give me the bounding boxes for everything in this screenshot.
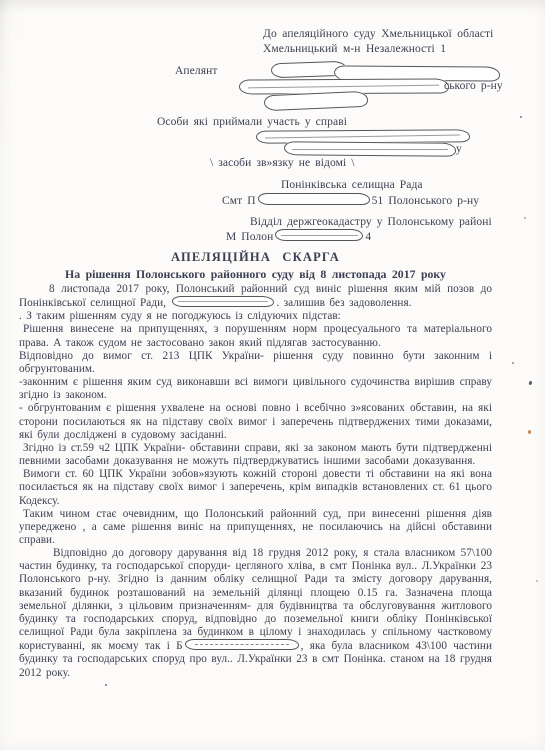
council-address-prefix: Смт П: [222, 195, 256, 207]
body-paragraph: Відповідно до вимог ст. 213 ЦПК України-…: [19, 350, 492, 376]
scan-speck: [105, 684, 107, 686]
scan-speck: [524, 217, 526, 219]
body-paragraph: Згідно із ст.59 ч2 ЦПК України- обставин…: [19, 442, 492, 468]
body-paragraph: Таким чином стає очевидним, що Полонськи…: [19, 508, 492, 547]
council-address-suffix: 51 Полонського р-ну: [372, 195, 479, 207]
body-paragraph: 8 листопада 2017 року, Полонський районн…: [19, 283, 492, 310]
body-paragraph: . З таким рішенням суду я не погоджуюсь …: [19, 310, 492, 323]
geocadastre-address-row: М Полон4: [226, 229, 371, 243]
scan-speck: [536, 580, 538, 582]
appellant-address-fragment: ського р-ну: [444, 80, 503, 92]
participant-address-fragment: у: [456, 143, 462, 155]
participants-label: Особи які приймали участь у справі: [157, 116, 347, 128]
body-paragraph: - обгрунтованим є рішення ухвалене на ос…: [19, 402, 492, 441]
body-paragraph: Вимоги ст. 60 ЦПК України зобов»язують к…: [19, 468, 492, 507]
council-address-row: Смт П51 Полонського р-ну: [222, 193, 479, 207]
geocadastre-address-suffix: 4: [365, 231, 371, 243]
body-paragraph: Відповідно до договору дарування від 18 …: [19, 547, 492, 680]
court-address-block: До апеляційного суду Хмельницької област…: [263, 27, 493, 57]
court-address-line1: До апеляційного суду Хмельницької област…: [263, 27, 493, 42]
scanned-appeal-document: До апеляційного суду Хмельницької област…: [0, 0, 545, 750]
geocadastre-address-prefix: М Полон: [226, 231, 273, 243]
court-address-line2: Хмельницький м-н Незалежності 1: [263, 42, 493, 57]
paragraph-text: Відповідно до договору дарування від 18 …: [19, 547, 492, 652]
paragraph-text: . залишив без задоволення.: [276, 297, 411, 309]
contact-note: \ засоби зв»язку не відомі \: [210, 157, 355, 169]
scan-speck: [520, 116, 522, 118]
scan-speck: [528, 381, 532, 386]
redaction-blob: [258, 193, 370, 205]
redaction-blob: [172, 296, 274, 307]
geocadastre-office: Відділ держгеокадастру у Полонському рай…: [250, 216, 492, 228]
body-paragraph: -законним є рішення яким суд виконавши в…: [19, 376, 492, 402]
document-subtitle: На рішення Полонського районного суду ві…: [19, 267, 492, 282]
council-name: Понінківська селищна Рада: [281, 179, 423, 191]
scan-speck: [528, 430, 531, 434]
redaction-blob: [284, 141, 456, 157]
document-title-block: АПЕЛЯЦІЙНА СКАРГА На рішення Полонського…: [19, 250, 492, 282]
redaction-blob: [264, 91, 369, 112]
body-text: 8 листопада 2017 року, Полонський районн…: [19, 283, 492, 680]
appellant-label: Апелянт: [175, 65, 217, 77]
body-paragraph: Рішення винесене на припущеннях, з поруш…: [19, 323, 492, 349]
document-title: АПЕЛЯЦІЙНА СКАРГА: [19, 250, 492, 265]
scan-speck: [512, 362, 514, 364]
redaction-blob: [275, 229, 363, 241]
redaction-blob: [185, 639, 299, 650]
